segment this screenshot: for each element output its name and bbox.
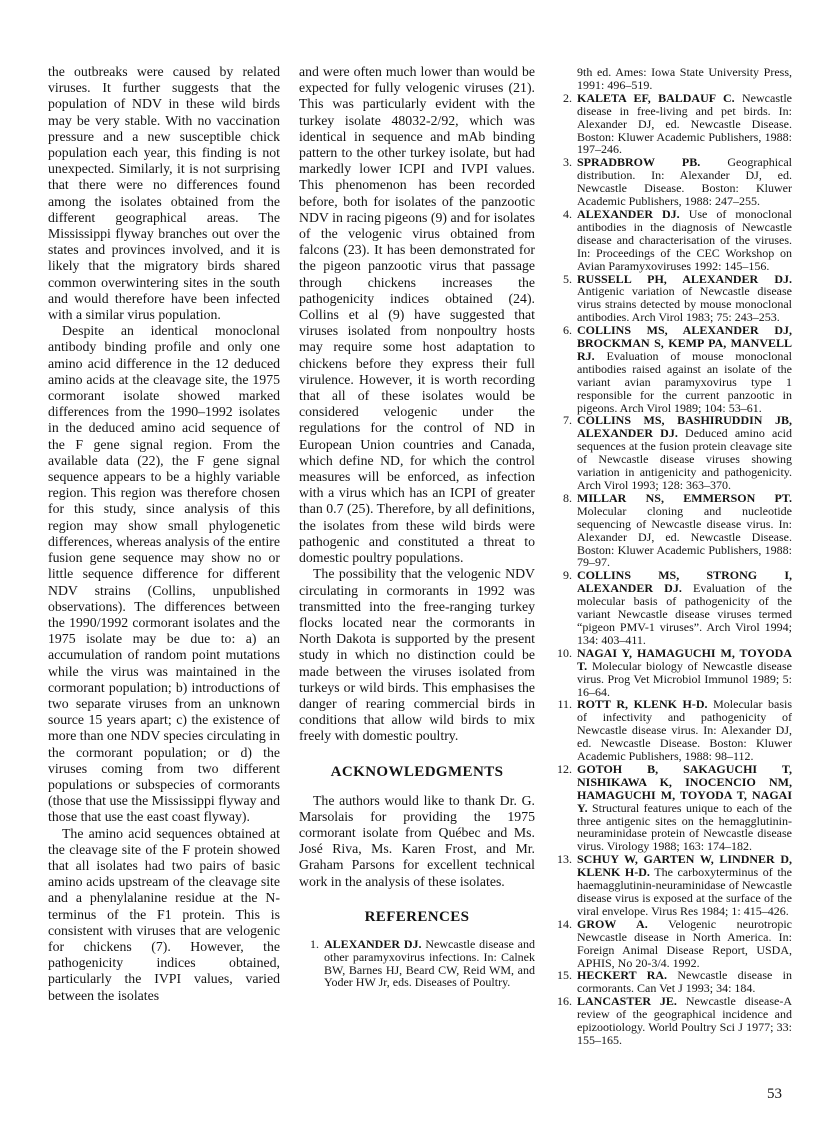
reference-authors: ALEXANDER DJ. — [577, 207, 680, 221]
reference-body: GROW A. Velogenic neurotropic Newcastle … — [577, 918, 792, 970]
reference-continuation: 9th ed. Ames: Iowa State University Pres… — [552, 66, 792, 92]
reference-body: HECKERT RA. Newcastle disease in cormora… — [577, 969, 792, 995]
reference-item: 10. NAGAI Y, HAMAGUCHI M, TOYODA T. Mole… — [552, 647, 792, 699]
body-paragraph: the outbreaks were caused by related vir… — [48, 64, 280, 323]
reference-item: 13. SCHUY W, GARTEN W, LINDNER D, KLENK … — [552, 853, 792, 918]
reference-body: MILLAR NS, EMMERSON PT. Molecular clonin… — [577, 492, 792, 569]
reference-text: Molecular cloning and nucleotide sequenc… — [577, 504, 792, 570]
body-paragraph: The amino acid sequences obtained at the… — [48, 826, 280, 1004]
reference-authors: MILLAR NS, EMMERSON PT. — [577, 491, 792, 505]
reference-number: 10. — [552, 647, 577, 699]
reference-item: 16. LANCASTER JE. Newcastle disease-A re… — [552, 995, 792, 1047]
body-paragraph: Despite an identical monoclonal antibody… — [48, 323, 280, 825]
reference-body: COLLINS MS, BASHIRUDDIN JB, ALEXANDER DJ… — [577, 414, 792, 491]
reference-authors: HECKERT RA. — [577, 968, 667, 982]
reference-number: 14. — [552, 918, 577, 970]
column-right: 9th ed. Ames: Iowa State University Pres… — [552, 66, 792, 1047]
reference-authors: KALETA EF, BALDAUF C. — [577, 91, 735, 105]
reference-number-empty — [552, 66, 577, 92]
reference-item: 4. ALEXANDER DJ. Use of monoclonal antib… — [552, 208, 792, 273]
reference-text: 9th ed. Ames: Iowa State University Pres… — [577, 65, 792, 92]
body-paragraph: The possibility that the velogenic NDV c… — [299, 566, 535, 744]
reference-authors: ALEXANDER DJ. — [324, 937, 422, 951]
reference-item: 9. COLLINS MS, STRONG I, ALEXANDER DJ. E… — [552, 569, 792, 646]
reference-item: 6. COLLINS MS, ALEXANDER DJ, BROCKMAN S,… — [552, 324, 792, 414]
reference-body: 9th ed. Ames: Iowa State University Pres… — [577, 66, 792, 92]
reference-text: Antigenic variation of Newcastle disease… — [577, 284, 792, 324]
reference-number: 16. — [552, 995, 577, 1047]
reference-body: SCHUY W, GARTEN W, LINDNER D, KLENK H-D.… — [577, 853, 792, 918]
reference-body: ALEXANDER DJ. Newcastle disease and othe… — [324, 938, 535, 990]
reference-number: 6. — [552, 324, 577, 414]
reference-number: 5. — [552, 273, 577, 325]
reference-authors: LANCASTER JE. — [577, 994, 677, 1008]
reference-text: Structural features unique to each of th… — [577, 801, 792, 854]
reference-authors: GROW A. — [577, 917, 648, 931]
reference-item: 1. ALEXANDER DJ. Newcastle disease and o… — [299, 938, 535, 990]
reference-number: 3. — [552, 156, 577, 208]
reference-body: COLLINS MS, ALEXANDER DJ, BROCKMAN S, KE… — [577, 324, 792, 414]
reference-text: Molecular biology of Newcastle disease v… — [577, 659, 792, 699]
reference-body: SPRADBROW PB. Geographical distribution.… — [577, 156, 792, 208]
reference-text: Evaluation of mouse monoclonal antibodie… — [577, 349, 792, 415]
reference-number: 2. — [552, 92, 577, 157]
reference-item: 5. RUSSELL PH, ALEXANDER DJ. Antigenic v… — [552, 273, 792, 325]
column-middle: and were often much lower than would be … — [299, 64, 535, 989]
reference-authors: RUSSELL PH, ALEXANDER DJ. — [577, 272, 792, 286]
reference-number: 4. — [552, 208, 577, 273]
reference-number: 15. — [552, 969, 577, 995]
reference-body: ALEXANDER DJ. Use of monoclonal antibodi… — [577, 208, 792, 273]
reference-authors: SPRADBROW PB. — [577, 155, 700, 169]
reference-item: 15. HECKERT RA. Newcastle disease in cor… — [552, 969, 792, 995]
acknowledgments-heading: ACKNOWLEDGMENTS — [299, 764, 535, 781]
reference-item: 12. GOTOH B, SAKAGUCHI T, NISHIKAWA K, I… — [552, 763, 792, 853]
reference-body: LANCASTER JE. Newcastle disease-A review… — [577, 995, 792, 1047]
reference-item: 11. ROTT R, KLENK H-D. Molecular basis o… — [552, 698, 792, 763]
reference-number: 7. — [552, 414, 577, 491]
reference-number: 11. — [552, 698, 577, 763]
reference-number: 8. — [552, 492, 577, 569]
reference-body: KALETA EF, BALDAUF C. Newcastle disease … — [577, 92, 792, 157]
body-paragraph: and were often much lower than would be … — [299, 64, 535, 566]
reference-body: NAGAI Y, HAMAGUCHI M, TOYODA T. Molecula… — [577, 647, 792, 699]
reference-body: ROTT R, KLENK H-D. Molecular basis of in… — [577, 698, 792, 763]
acknowledgments-text: The authors would like to thank Dr. G. M… — [299, 793, 535, 890]
reference-authors: ROTT R, KLENK H-D. — [577, 697, 708, 711]
reference-number: 1. — [299, 938, 324, 990]
reference-body: COLLINS MS, STRONG I, ALEXANDER DJ. Eval… — [577, 569, 792, 646]
reference-item: 7. COLLINS MS, BASHIRUDDIN JB, ALEXANDER… — [552, 414, 792, 491]
reference-item: 2. KALETA EF, BALDAUF C. Newcastle disea… — [552, 92, 792, 157]
reference-body: RUSSELL PH, ALEXANDER DJ. Antigenic vari… — [577, 273, 792, 325]
reference-body: GOTOH B, SAKAGUCHI T, NISHIKAWA K, INOCE… — [577, 763, 792, 853]
reference-number: 13. — [552, 853, 577, 918]
reference-item: 3. SPRADBROW PB. Geographical distributi… — [552, 156, 792, 208]
reference-item: 8. MILLAR NS, EMMERSON PT. Molecular clo… — [552, 492, 792, 569]
column-left: the outbreaks were caused by related vir… — [48, 64, 280, 1004]
page-number: 53 — [767, 1086, 782, 1103]
references-heading: REFERENCES — [299, 909, 535, 926]
reference-item: 14. GROW A. Velogenic neurotropic Newcas… — [552, 918, 792, 970]
reference-number: 9. — [552, 569, 577, 646]
reference-number: 12. — [552, 763, 577, 853]
journal-page: the outbreaks were caused by related vir… — [0, 0, 816, 1125]
